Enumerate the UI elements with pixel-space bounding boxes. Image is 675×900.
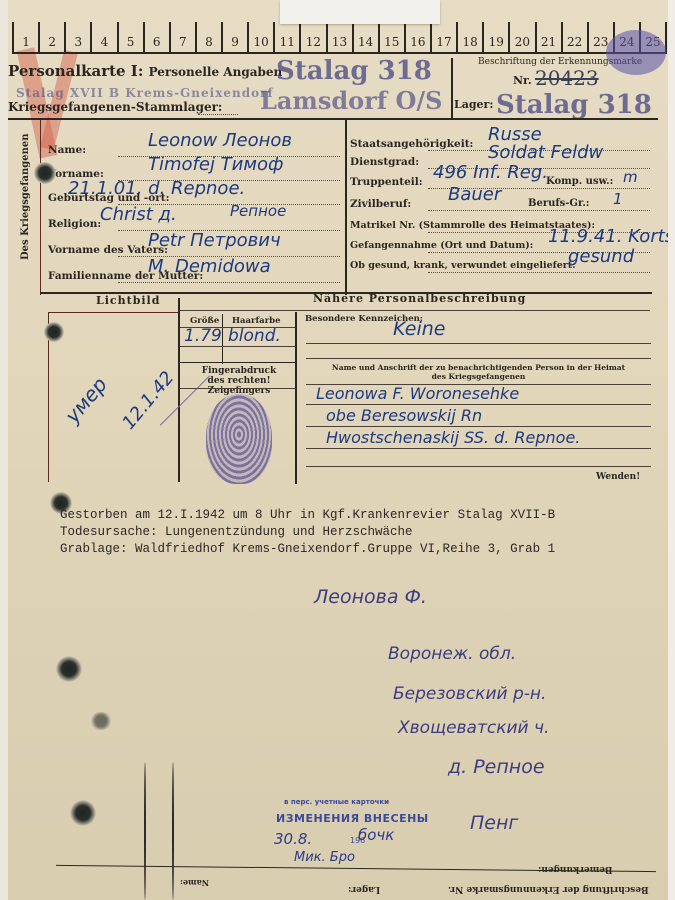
display-frame-right: [668, 0, 675, 900]
display-frame-left: [0, 0, 8, 900]
ruler-cell: 13: [326, 22, 352, 52]
field-label-secondary: Berufs-Gr.:: [528, 198, 590, 209]
column-index-ruler: 1234567891011121314151617181920212223242…: [12, 22, 667, 54]
adhesive-tape: [280, 0, 440, 24]
field-value: gesund: [568, 246, 634, 267]
field-label: Name:: [48, 144, 86, 156]
ruler-cell: 8: [195, 22, 221, 52]
field-label-secondary: Komp. usw.:: [546, 176, 613, 187]
hair-value: blond.: [228, 326, 281, 346]
field-label: Truppenteil:: [350, 176, 423, 188]
ruler-cell: 2: [38, 22, 64, 52]
inverted-tag-label: Beschriftung der Erkennungsmarke Nr.: [448, 884, 649, 894]
description-heading: Nähere Personalbeschreibung: [313, 292, 526, 305]
field-label: Ob gesund, krank, verwundet eingeliefert…: [350, 260, 576, 271]
russian-note-village: д. Репное: [448, 756, 545, 778]
field-label: Staatsangehörigkeit:: [350, 138, 473, 150]
ruler-cell: 16: [404, 22, 430, 52]
stamp-overprint: Stalag XVII B Krems-Gneixendorf: [16, 86, 274, 100]
ruler-cell: 9: [221, 22, 247, 52]
typed-death-record: Gestorben am 12.I.1942 um 8 Uhr in Kgf.K…: [60, 508, 555, 556]
contact-line: Leonowa F. Woronesehke: [316, 384, 519, 403]
signature: Пенг: [470, 812, 518, 834]
field-label: Dienstgrad:: [350, 156, 419, 168]
photo-death-note: умер: [60, 372, 112, 427]
fingerprint-impression: [206, 394, 272, 484]
typed-line-death: Gestorben am 12.I.1942 um 8 Uhr in Kgf.K…: [60, 508, 555, 522]
ruler-cell: 20: [508, 22, 534, 52]
height-label: Größe: [190, 316, 219, 326]
field-value: Christ д.: [100, 204, 177, 225]
field-value: Leonow Леонов: [148, 130, 292, 151]
lager-value: Stalag 318: [496, 90, 652, 120]
stamp-location: Lamsdorf O/S: [260, 86, 442, 115]
side-label: Des Kriegsgefangenen: [20, 133, 31, 260]
violet-ink-stain: [606, 30, 666, 75]
marks-value: Keine: [393, 318, 445, 340]
typed-line-grave: Grablage: Waldfriedhof Krems-Gneixendorf…: [60, 542, 555, 556]
field-value: 496 Inf. Reg.: [433, 162, 548, 183]
field-value-secondary: 1: [613, 190, 623, 208]
ruler-cell: 14: [352, 22, 378, 52]
ruler-cell: 3: [64, 22, 90, 52]
fingerprint-label: Fingerabdruck des rechten! Zeigefingers: [184, 366, 294, 396]
typed-line-cause: Todesursache: Lungenentzündung und Herzs…: [60, 525, 555, 539]
bottom-stamp-line2: ИЗМЕНЕНИЯ ВНЕСЕНЫ: [276, 812, 429, 825]
inverted-lager-label: Lager:: [348, 884, 380, 894]
bottom-stamp-date: 30.8.: [274, 830, 312, 848]
ruler-cell: 5: [117, 22, 143, 52]
hair-label: Haarfarbe: [232, 316, 281, 326]
tag-nr-value: 20423: [535, 66, 599, 90]
contact-label: Name und Anschrift der zu benachrichtige…: [306, 363, 651, 381]
bottom-stamp-signature: бочк: [358, 826, 394, 844]
turn-over-label: Wenden!: [596, 472, 640, 482]
ruler-cell: 11: [273, 22, 299, 52]
russian-note-region: Воронеж. обл.: [388, 644, 516, 664]
field-value: Timofej Тимоф: [148, 154, 283, 175]
field-value-secondary: m: [623, 168, 638, 186]
contact-line: Hwostschenaskij SS. d. Repnoe.: [326, 428, 580, 447]
field-value: Bauer: [448, 184, 501, 205]
card-title: Personalkarte I: Personelle Angaben: [8, 62, 282, 80]
inverted-remarks-label: Bemerkungen:: [538, 864, 613, 874]
field-value: 11.9.41. Kortsch.: [548, 226, 675, 247]
ruler-cell: 18: [456, 22, 482, 52]
ruler-cell: 19: [482, 22, 508, 52]
lager-label: Lager:: [454, 98, 493, 111]
ruler-cell: 7: [169, 22, 195, 52]
punch-hole: [90, 712, 112, 730]
ruler-cell: 4: [90, 22, 116, 52]
field-value: 21.1.01. d. Repnoe.: [68, 178, 245, 199]
russian-note-name: Леонова Ф.: [314, 586, 427, 608]
ruler-cell: 10: [247, 22, 273, 52]
stamp-stalag: Stalag 318: [276, 56, 432, 86]
tag-nr-label: Nr.: [513, 74, 532, 87]
ruler-cell: 15: [378, 22, 404, 52]
personnel-card: 1234567891011121314151617181920212223242…: [8, 0, 668, 900]
ruler-cell: 12: [299, 22, 325, 52]
punch-hole: [70, 800, 96, 826]
bottom-stamp-sign: Мик. Бро: [294, 850, 355, 865]
field-label: Religion:: [48, 218, 101, 230]
stammlager-label: Kriegsgefangenen-Stammlager:: [8, 100, 222, 114]
ruler-cell: 17: [430, 22, 456, 52]
field-value: Petr Петрович: [148, 230, 281, 251]
card-subtitle: Personelle Angaben: [149, 65, 283, 79]
ruler-cell: 22: [561, 22, 587, 52]
field-value: Soldat Feldw: [488, 142, 603, 163]
russian-note-council: Хвощеватский ч.: [398, 718, 549, 738]
field-value: M. Demidowa: [148, 256, 271, 277]
inverted-name-label: Name:: [180, 878, 209, 888]
russian-note-district: Березовский р-н.: [393, 684, 546, 704]
height-value: 1.79: [184, 326, 222, 346]
field-label: Gefangennahme (Ort und Datum):: [350, 240, 533, 251]
punch-hole: [56, 656, 82, 682]
punch-hole: [44, 322, 64, 342]
punch-hole: [34, 162, 56, 184]
photo-death-date: 12.1.42: [118, 367, 178, 433]
field-label: Zivilberuf:: [350, 198, 411, 210]
ruler-cell: 1: [12, 22, 38, 52]
ruler-cell: 21: [535, 22, 561, 52]
ruler-cell: 6: [143, 22, 169, 52]
field-value-secondary: Репное: [230, 202, 286, 220]
bottom-stamp-line1: в перс. учетные карточки: [284, 798, 389, 806]
photo-heading: Lichtbild: [96, 294, 160, 307]
contact-line: obe Beresowskij Rn: [326, 406, 482, 425]
